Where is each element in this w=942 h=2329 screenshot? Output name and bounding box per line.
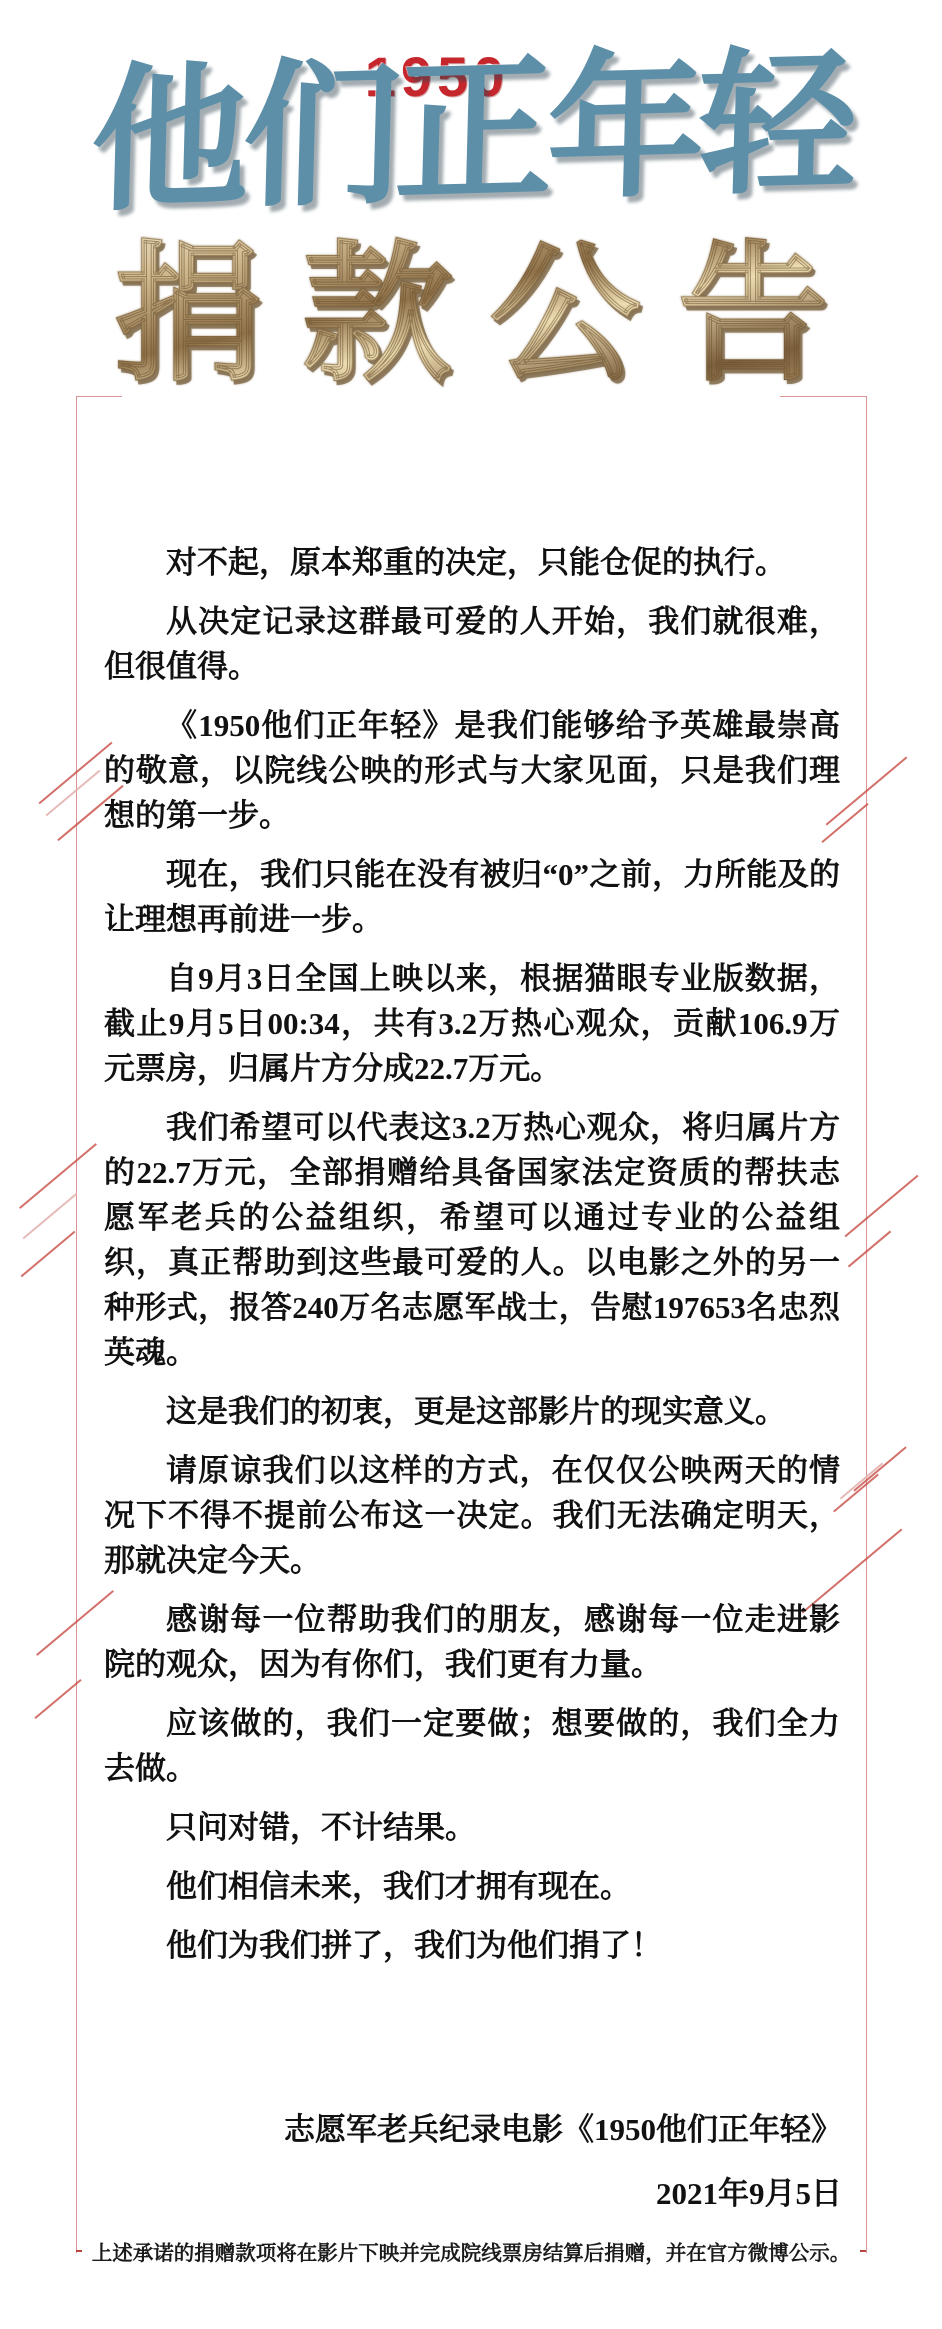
body-paragraph: 从决定记录这群最可爱的人开始，我们就很难，但很值得。 — [104, 599, 840, 689]
signature-film-name: 志愿军老兵纪录电影《1950他们正年轻》 — [104, 2098, 842, 2162]
signature-date: 2021年9月5日 — [104, 2162, 842, 2226]
signature-block: 志愿军老兵纪录电影《1950他们正年轻》 2021年9月5日 — [104, 2098, 842, 2226]
footer-note-text: 上述承诺的捐赠款项将在影片下映并完成院线票房结算后捐赠，并在官方微博公示。 — [92, 2236, 851, 2266]
body-paragraph: 只问对错，不计结果。 — [104, 1805, 840, 1850]
decor-slash — [34, 1679, 81, 1719]
body-paragraph: 我们希望可以代表这3.2万热心观众，将归属片方的22.7万元，全部捐赠给具备国家… — [104, 1105, 840, 1375]
body-paragraph: 应该做的，我们一定要做；想要做的，我们全力去做。 — [104, 1701, 840, 1791]
footer-rule-left — [76, 2250, 82, 2252]
frame-top-right-segment — [780, 396, 866, 397]
logo-movie-title: 他们正年轻 — [0, 26, 942, 240]
body-paragraph: 对不起，原本郑重的决定，只能仓促的执行。 — [104, 540, 840, 585]
body-paragraph: 感谢每一位帮助我们的朋友，感谢每一位走进影院的观众，因为有你们，我们更有力量。 — [104, 1597, 840, 1687]
body-paragraph: 现在，我们只能在没有被归“0”之前，力所能及的让理想再前进一步。 — [104, 852, 840, 942]
body-paragraph: 自9月3日全国上映以来，根据猫眼专业版数据，截止9月5日00:34，共有3.2万… — [104, 956, 840, 1091]
announcement-body: 对不起，原本郑重的决定，只能仓促的执行。 从决定记录这群最可爱的人开始，我们就很… — [104, 540, 840, 1982]
body-paragraph: 请原谅我们以这样的方式，在仅仅公映两天的情况下不得不提前公布这一决定。我们无法确… — [104, 1448, 840, 1583]
frame-top-left-segment — [77, 396, 122, 397]
headline-donation-announcement: 捐款公告 — [0, 232, 942, 397]
body-paragraph: 这是我们的初衷，更是这部影片的现实意义。 — [104, 1389, 840, 1434]
footer-note-row: 上述承诺的捐赠款项将在影片下映并完成院线票房结算后捐赠，并在官方微博公示。 — [76, 2236, 866, 2266]
decor-slash — [21, 1231, 76, 1278]
body-paragraph: 《1950他们正年轻》是我们能够给予英雄最崇高的敬意，以院线公映的形式与大家见面… — [104, 703, 840, 838]
body-paragraph: 他们相信未来，我们才拥有现在。 — [104, 1864, 840, 1909]
body-paragraph: 他们为我们拼了，我们为他们捐了！ — [104, 1923, 840, 1968]
donation-announcement-poster: 1950 他们正年轻 捐款公告 对不起，原本郑重的决定，只能仓促的执行。 从决定… — [0, 0, 942, 2329]
footer-rule-right — [860, 2250, 866, 2252]
